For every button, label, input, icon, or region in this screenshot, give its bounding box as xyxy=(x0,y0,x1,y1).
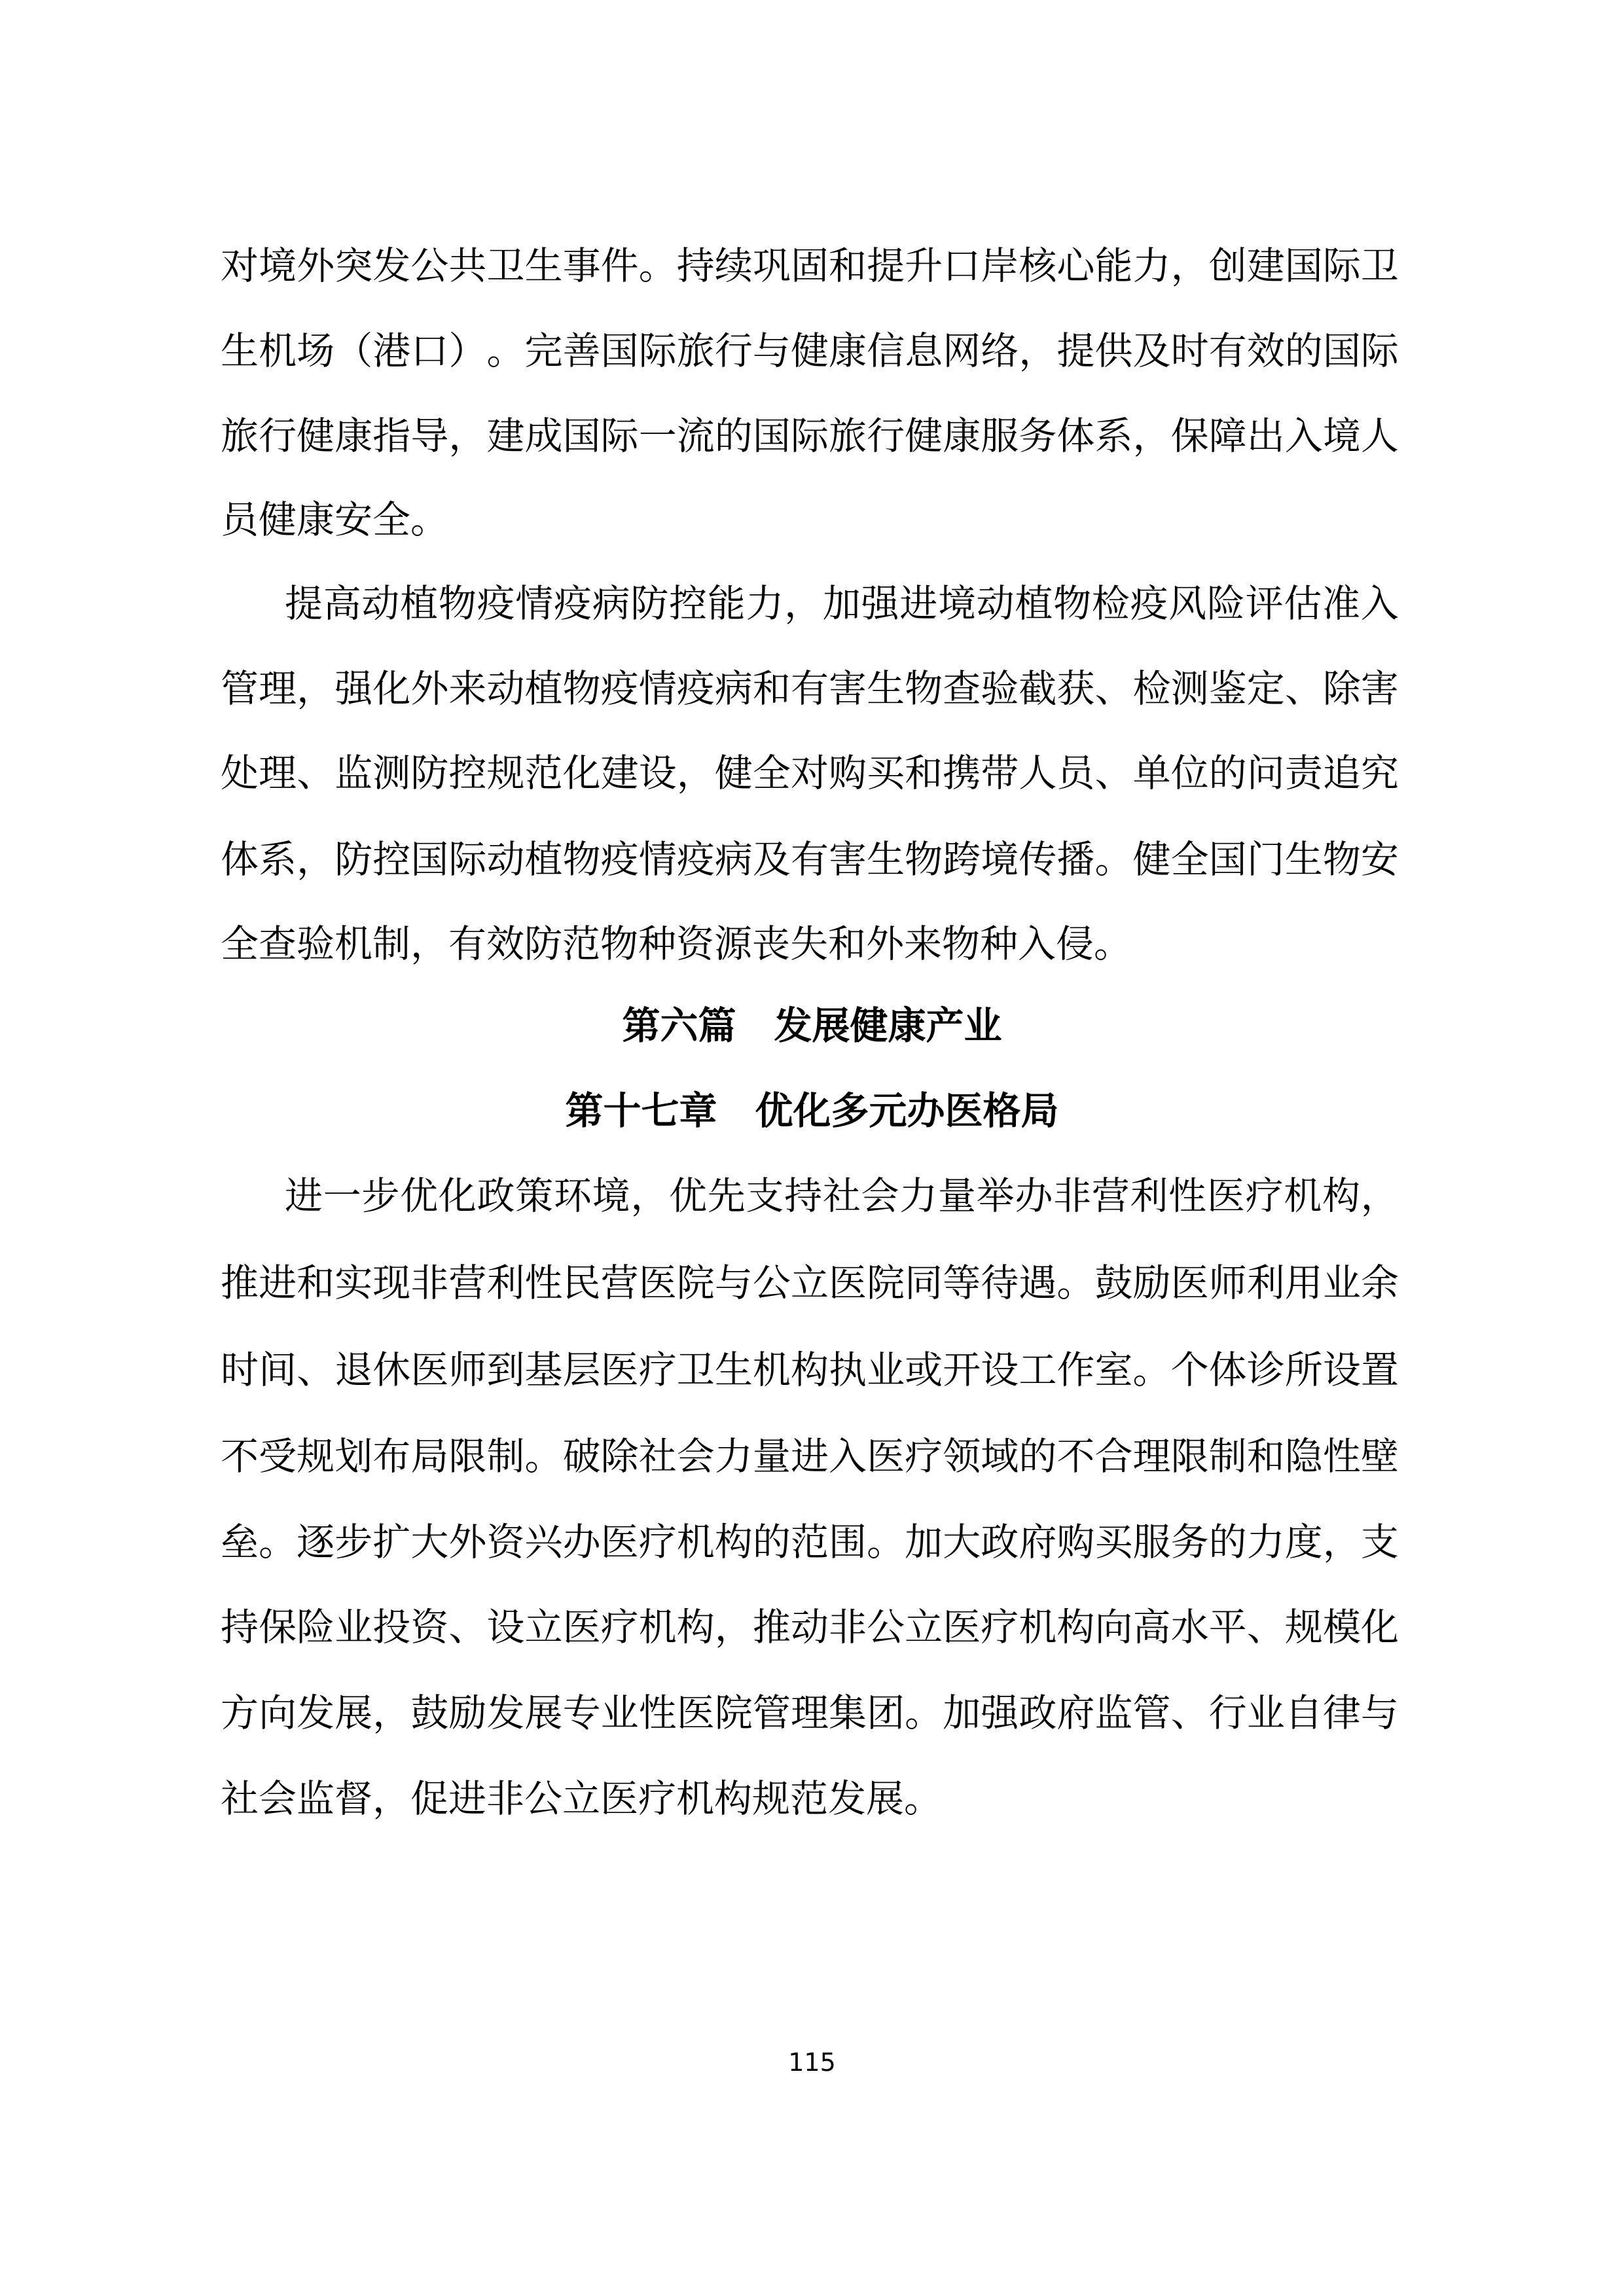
paragraph-line: 生机场（港口）。完善国际旅行与健康信息网络，提供及时有效的国际 xyxy=(221,325,1399,377)
paragraph-line: 对境外突发公共卫生事件。持续巩固和提升口岸核心能力，创建国际卫 xyxy=(221,240,1399,292)
paragraph-first-line: 进一步优化政策环境，优先支持社会力量举办非营利性医疗机构， xyxy=(285,1170,1399,1222)
part-heading: 第六篇 发展健康产业 xyxy=(0,999,1624,1052)
paragraph-line: 推进和实现非营利性民营医院与公立医院同等待遇。鼓励医师利用业余 xyxy=(221,1257,1399,1309)
paragraph-line: 处理、监测防控规范化建设，健全对购买和携带人员、单位的问责追究 xyxy=(221,747,1399,799)
document-page: 对境外突发公共卫生事件。持续巩固和提升口岸核心能力，创建国际卫 生机场（港口）。… xyxy=(0,0,1624,2296)
page-number: 115 xyxy=(0,2046,1624,2079)
paragraph-line: 不受规划布局限制。破除社会力量进入医疗领域的不合理限制和隐性壁 xyxy=(221,1430,1399,1482)
paragraph-line: 全查验机制，有效防范物种资源丧失和外来物种入侵。 xyxy=(221,918,1399,970)
paragraph-line: 持保险业投资、设立医疗机构，推动非公立医疗机构向高水平、规模化 xyxy=(221,1601,1399,1653)
chapter-heading: 第十七章 优化多元办医格局 xyxy=(0,1085,1624,1137)
paragraph-line: 社会监督，促进非公立医疗机构规范发展。 xyxy=(221,1772,1399,1825)
paragraph-line: 垒。逐步扩大外资兴办医疗机构的范围。加大政府购买服务的力度，支 xyxy=(221,1516,1399,1568)
paragraph-line: 旅行健康指导，建成国际一流的国际旅行健康服务体系，保障出入境人 xyxy=(221,410,1399,462)
paragraph-line: 管理，强化外来动植物疫情疫病和有害生物查验截获、检测鉴定、除害 xyxy=(221,662,1399,715)
paragraph-line: 员健康安全。 xyxy=(221,493,1399,546)
paragraph-line: 时间、退休医师到基层医疗卫生机构执业或开设工作室。个体诊所设置 xyxy=(221,1344,1399,1396)
paragraph-line: 体系，防控国际动植物疫情疫病及有害生物跨境传播。健全国门生物安 xyxy=(221,833,1399,886)
paragraph-first-line: 提高动植物疫情疫病防控能力，加强进境动植物检疫风险评估准入 xyxy=(285,577,1399,630)
paragraph-line: 方向发展，鼓励发展专业性医院管理集团。加强政府监管、行业自律与 xyxy=(221,1687,1399,1739)
